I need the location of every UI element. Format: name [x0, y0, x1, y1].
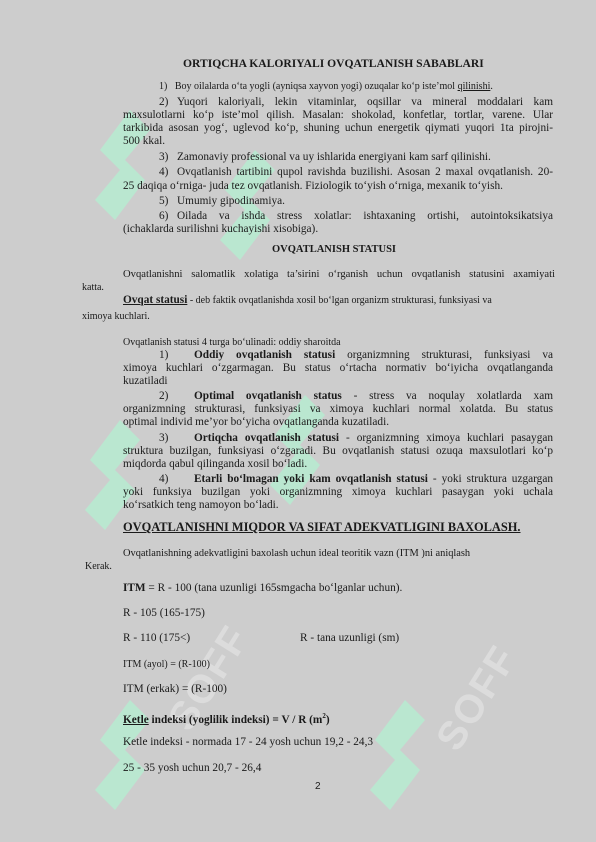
type-4-line: yoki funksiya buzilgan yoki organizmning… — [123, 486, 553, 499]
cause-1: 1) Boy oilalarda o‘ta yogli (ayniqsa xay… — [159, 80, 493, 93]
assessment-intro: Ovqatlanishning adekvatligini baxolash u… — [123, 547, 470, 560]
cause-4-number: 4) — [159, 166, 168, 179]
type-4-line: Etarli bo‘lmagan yoki kam ovqatlanish st… — [194, 473, 553, 486]
ketle-norm-17-24: Ketle indeksi - normada 17 - 24 yosh uch… — [123, 736, 373, 749]
page-number: 2 — [315, 780, 321, 793]
cause-3-number: 3) — [159, 151, 168, 164]
page-title: ORTIQCHA KALORIYALI OVQATLANISH SABABLAR… — [183, 57, 484, 70]
type-3-line: struktura buzilgan, funksiyasi o‘zgaradi… — [123, 445, 553, 458]
cause-2-line: tarkibida asosan yog‘, uglevod ko‘p, shu… — [123, 122, 553, 135]
cause-number: 1) — [159, 81, 167, 92]
type-3-line: Ortiqcha ovqatlanish statusi - organizmn… — [194, 432, 553, 445]
status-intro-line: katta. — [82, 281, 104, 294]
assessment-intro-tail: Kerak. — [85, 560, 112, 573]
type-2-line: optimal individ me’yor bo‘yicha ovqatlan… — [123, 416, 389, 429]
cause-4-line: Ovqatlanish tartibini qupol ravishda buz… — [177, 166, 553, 179]
type-4-number: 4) — [159, 473, 168, 486]
itm-formula: ITM = R - 100 (tana uzunligi 165smgacha … — [123, 582, 402, 595]
itm-male: ITM (erkak) = (R-100) — [123, 683, 227, 696]
ketle-norm-25-35: 25 - 35 yosh uchun 20,7 - 26,4 — [123, 762, 261, 775]
type-1-line: kuzatiladi — [123, 375, 168, 388]
cause-5-number: 5) — [159, 195, 168, 208]
formula-r110: R - 110 (175<) — [123, 632, 190, 645]
type-2-number: 2) — [159, 390, 168, 403]
type-3-number: 3) — [159, 432, 168, 445]
cause-2-number: 2) — [159, 96, 168, 109]
ketle-index-formula: Ketle indeksi (yoglilik indeksi) = V / R… — [123, 710, 330, 727]
document-page: ORTIQCHA KALORIYALI OVQATLANISH SABABLAR… — [0, 0, 596, 842]
cause-2-line: 500 kkal. — [123, 135, 165, 148]
cause-6-line: Oilada va ishda stress xolatlar: ishtaxa… — [177, 210, 553, 223]
cause-6-number: 6) — [159, 210, 168, 223]
section-heading-status: OVQATLANISH STATUSI — [272, 243, 396, 256]
status-types-intro: Ovqatlanish statusi 4 turga bo‘ulinadi: … — [123, 336, 341, 349]
type-3-line: miqdorda qabul qilinganda xosil bo‘ladi. — [123, 458, 307, 471]
type-4-line: ko‘rsatkich teng namoyon bo‘ladi. — [123, 499, 279, 512]
cause-5-text: Umumiy gipodinamiya. — [177, 195, 285, 208]
type-1-line: ximoya kuchlari o‘zgarmagan. Bu status o… — [123, 362, 553, 375]
itm-female: ITM (ayol) = (R-100) — [123, 658, 210, 671]
r-definition-note: R - tana uzunligi (sm) — [300, 632, 399, 645]
formula-r105: R - 105 (165-175) — [123, 607, 205, 620]
status-definition: Ovqat statusi - deb faktik ovqatlanishda… — [123, 294, 492, 307]
cause-3-text: Zamonaviy professional va uy ishlarida e… — [177, 151, 491, 164]
cause-2-line: Yuqori kaloriyali, lekin vitaminlar, oqs… — [177, 96, 553, 109]
definition-term: Ovqat statusi — [123, 294, 187, 306]
section-heading-assessment: OVQATLANISHNI MIQDOR VA SIFAT ADEKVATLIG… — [123, 521, 521, 534]
type-1-number: 1) — [159, 349, 168, 362]
cause-4-line: 25 daqiqa o‘rniga- juda tez ovqatlanish.… — [123, 180, 503, 193]
type-2-line: Optimal ovqatlanish status - stress va n… — [194, 390, 553, 403]
type-2-line: organizmning strukturasi, funksiyasi va … — [123, 403, 553, 416]
type-1-line: Oddiy ovqatlanish statusi organizmning s… — [194, 349, 553, 362]
cause-6-line: (ichaklarda surilishni kuchayishi xisobi… — [123, 223, 318, 236]
status-definition-line: ximoya kuchlari. — [82, 310, 150, 323]
status-intro-line: Ovqatlanishni salomatlik xolatiga ta’sir… — [123, 268, 555, 281]
cause-2-line: maxsulotlarni ko‘p iste’mol qilish. Masa… — [123, 109, 553, 122]
